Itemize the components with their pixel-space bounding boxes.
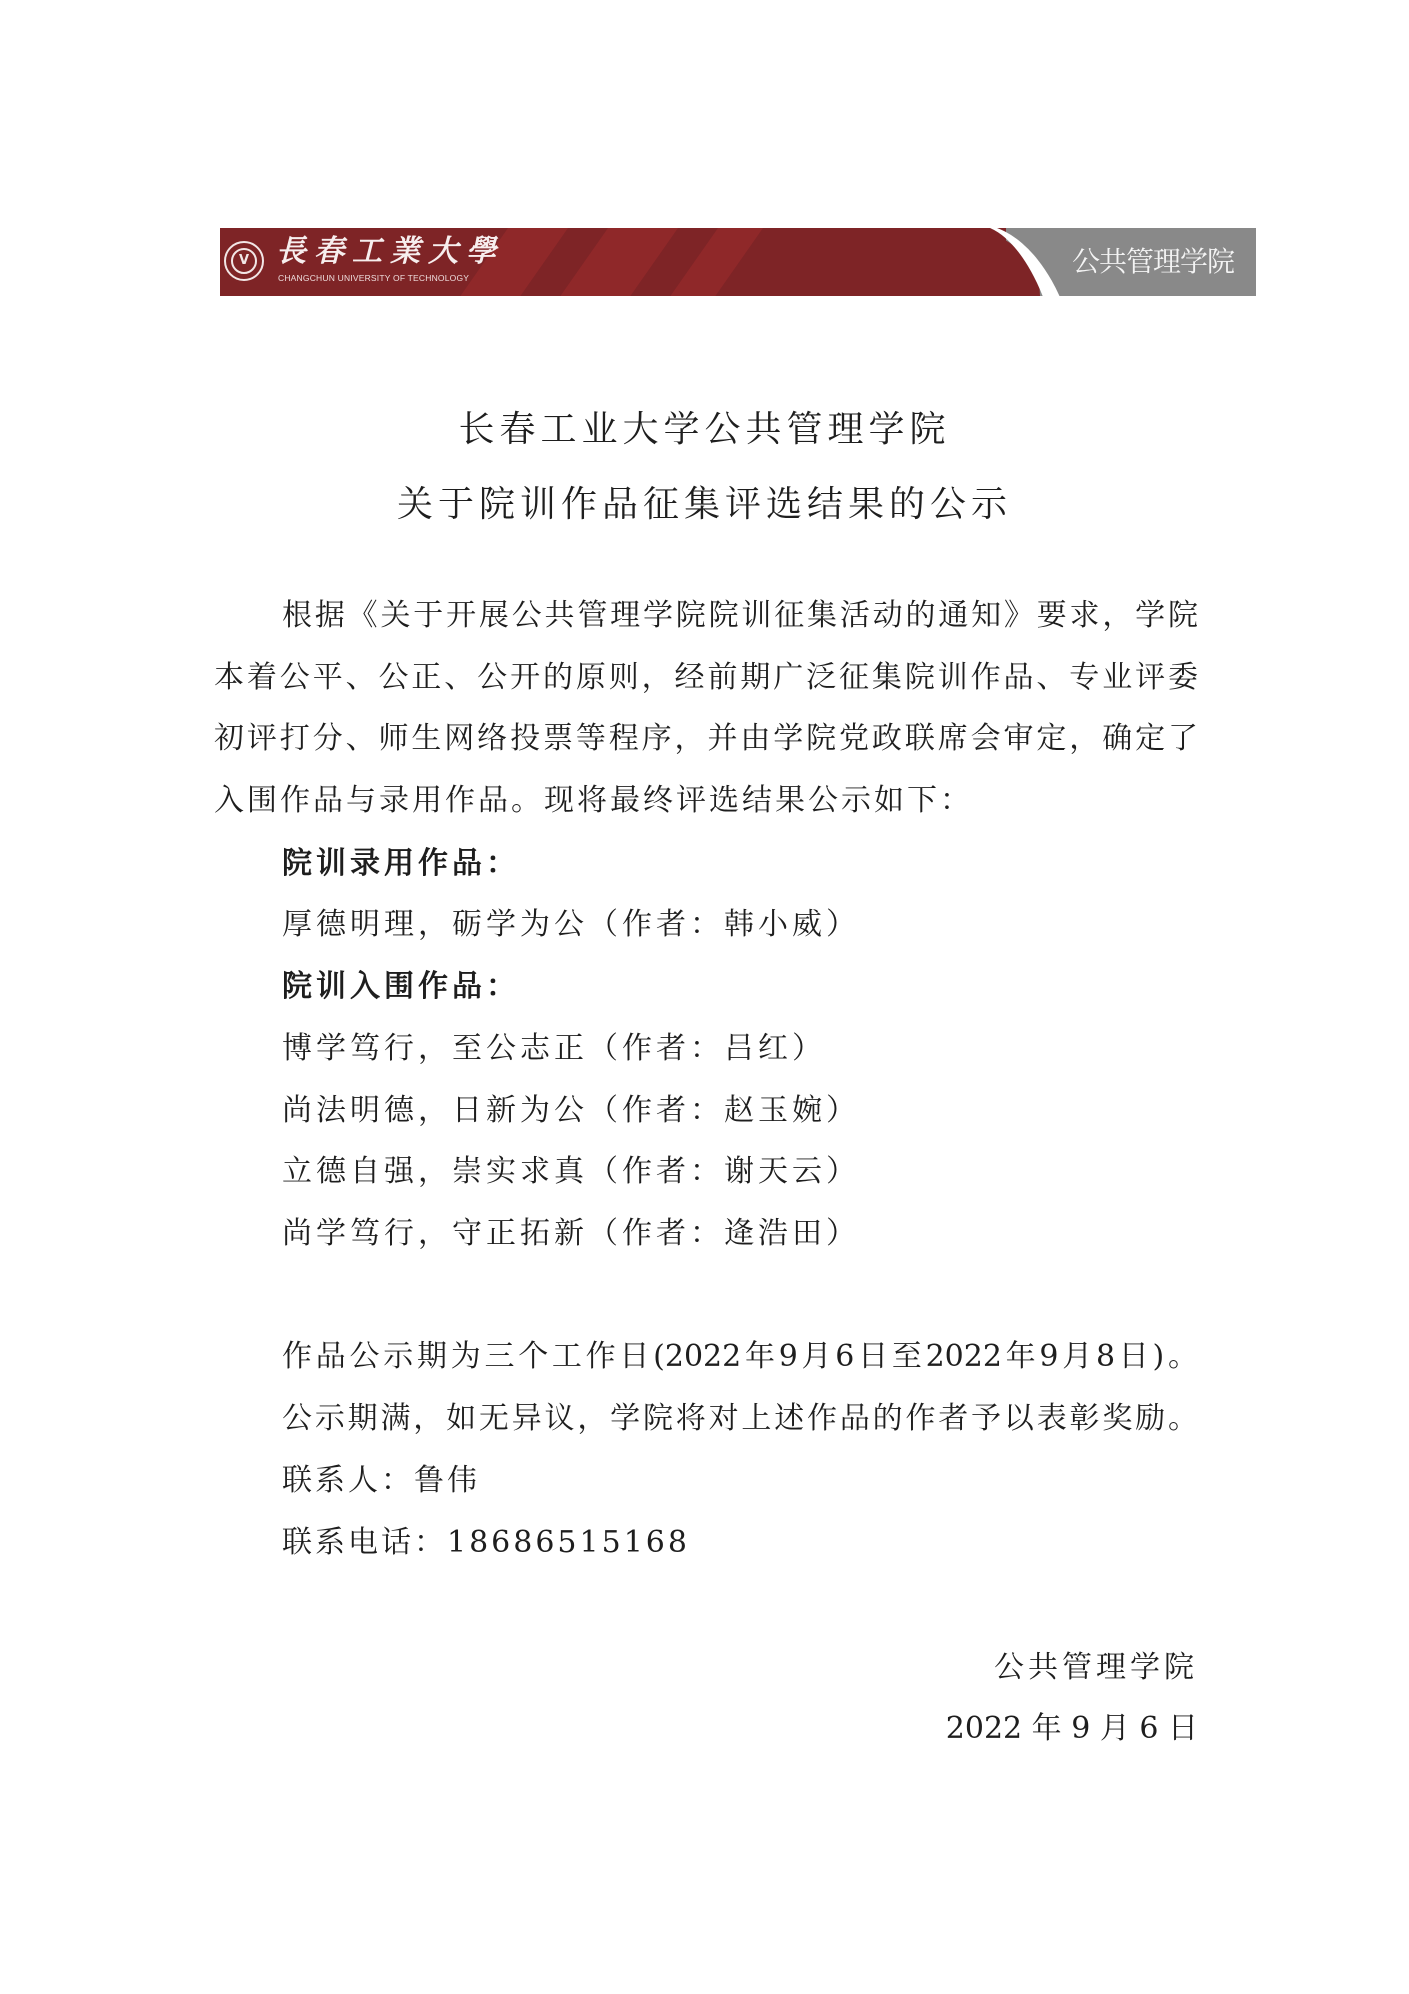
adopted-item: 厚德明理，砺学为公（作者：韩小威） [282, 905, 860, 945]
shortlisted-item: 立德自强，崇实求真（作者：谢天云） [282, 1152, 860, 1192]
shortlisted-item: 尚法明德，日新为公（作者：赵玉婉） [282, 1091, 860, 1131]
shortlisted-heading: 院训入围作品： [282, 967, 520, 1007]
document-title-line1: 长春工业大学公共管理学院 [0, 408, 1409, 452]
paragraph-line: 根据《关于开展公共管理学院院训征集活动的通知》要求，学院 [282, 596, 1198, 636]
paragraph-line: 入围作品与录用作品。现将最终评选结果公示如下： [214, 781, 973, 821]
shortlisted-item: 博学笃行，至公志正（作者：吕红） [282, 1029, 826, 1069]
document-title-line2: 关于院训作品征集评选结果的公示 [0, 483, 1409, 527]
university-seal-icon: V [224, 241, 264, 281]
contact-phone: 联系电话：18686515168 [282, 1523, 690, 1563]
contact-person: 联系人：鲁伟 [282, 1461, 480, 1501]
university-name-en: CHANGCHUN UNIVERSITY OF TECHNOLOGY [278, 273, 469, 283]
shortlisted-item: 尚学笃行，守正拓新（作者：逄浩田） [282, 1214, 860, 1254]
paragraph-line: 本着公平、公正、公开的原则，经前期广泛征集院训作品、专业评委 [214, 658, 1198, 698]
college-name: 公共管理学院 [1072, 242, 1234, 282]
university-name-cn: 長春工業大學 [276, 234, 504, 270]
banner-streak [538, 228, 692, 296]
publicity-period: 作品公示期为三个工作日(2022年9月6日至2022年9月8日)。 [282, 1337, 1198, 1377]
publicity-note: 公示期满，如无异议，学院将对上述作品的作者予以表彰奖励。 [282, 1399, 1198, 1439]
adopted-heading: 院训录用作品： [282, 844, 520, 884]
header-banner: V 長春工業大學 CHANGCHUN UNIVERSITY OF TECHNOL… [220, 228, 1256, 296]
signature-date: 2022 年 9 月 6 日 [900, 1709, 1198, 1749]
paragraph-line: 初评打分、师生网络投票等程序，并由学院党政联席会审定，确定了 [214, 719, 1198, 759]
signature-org: 公共管理学院 [900, 1648, 1198, 1688]
